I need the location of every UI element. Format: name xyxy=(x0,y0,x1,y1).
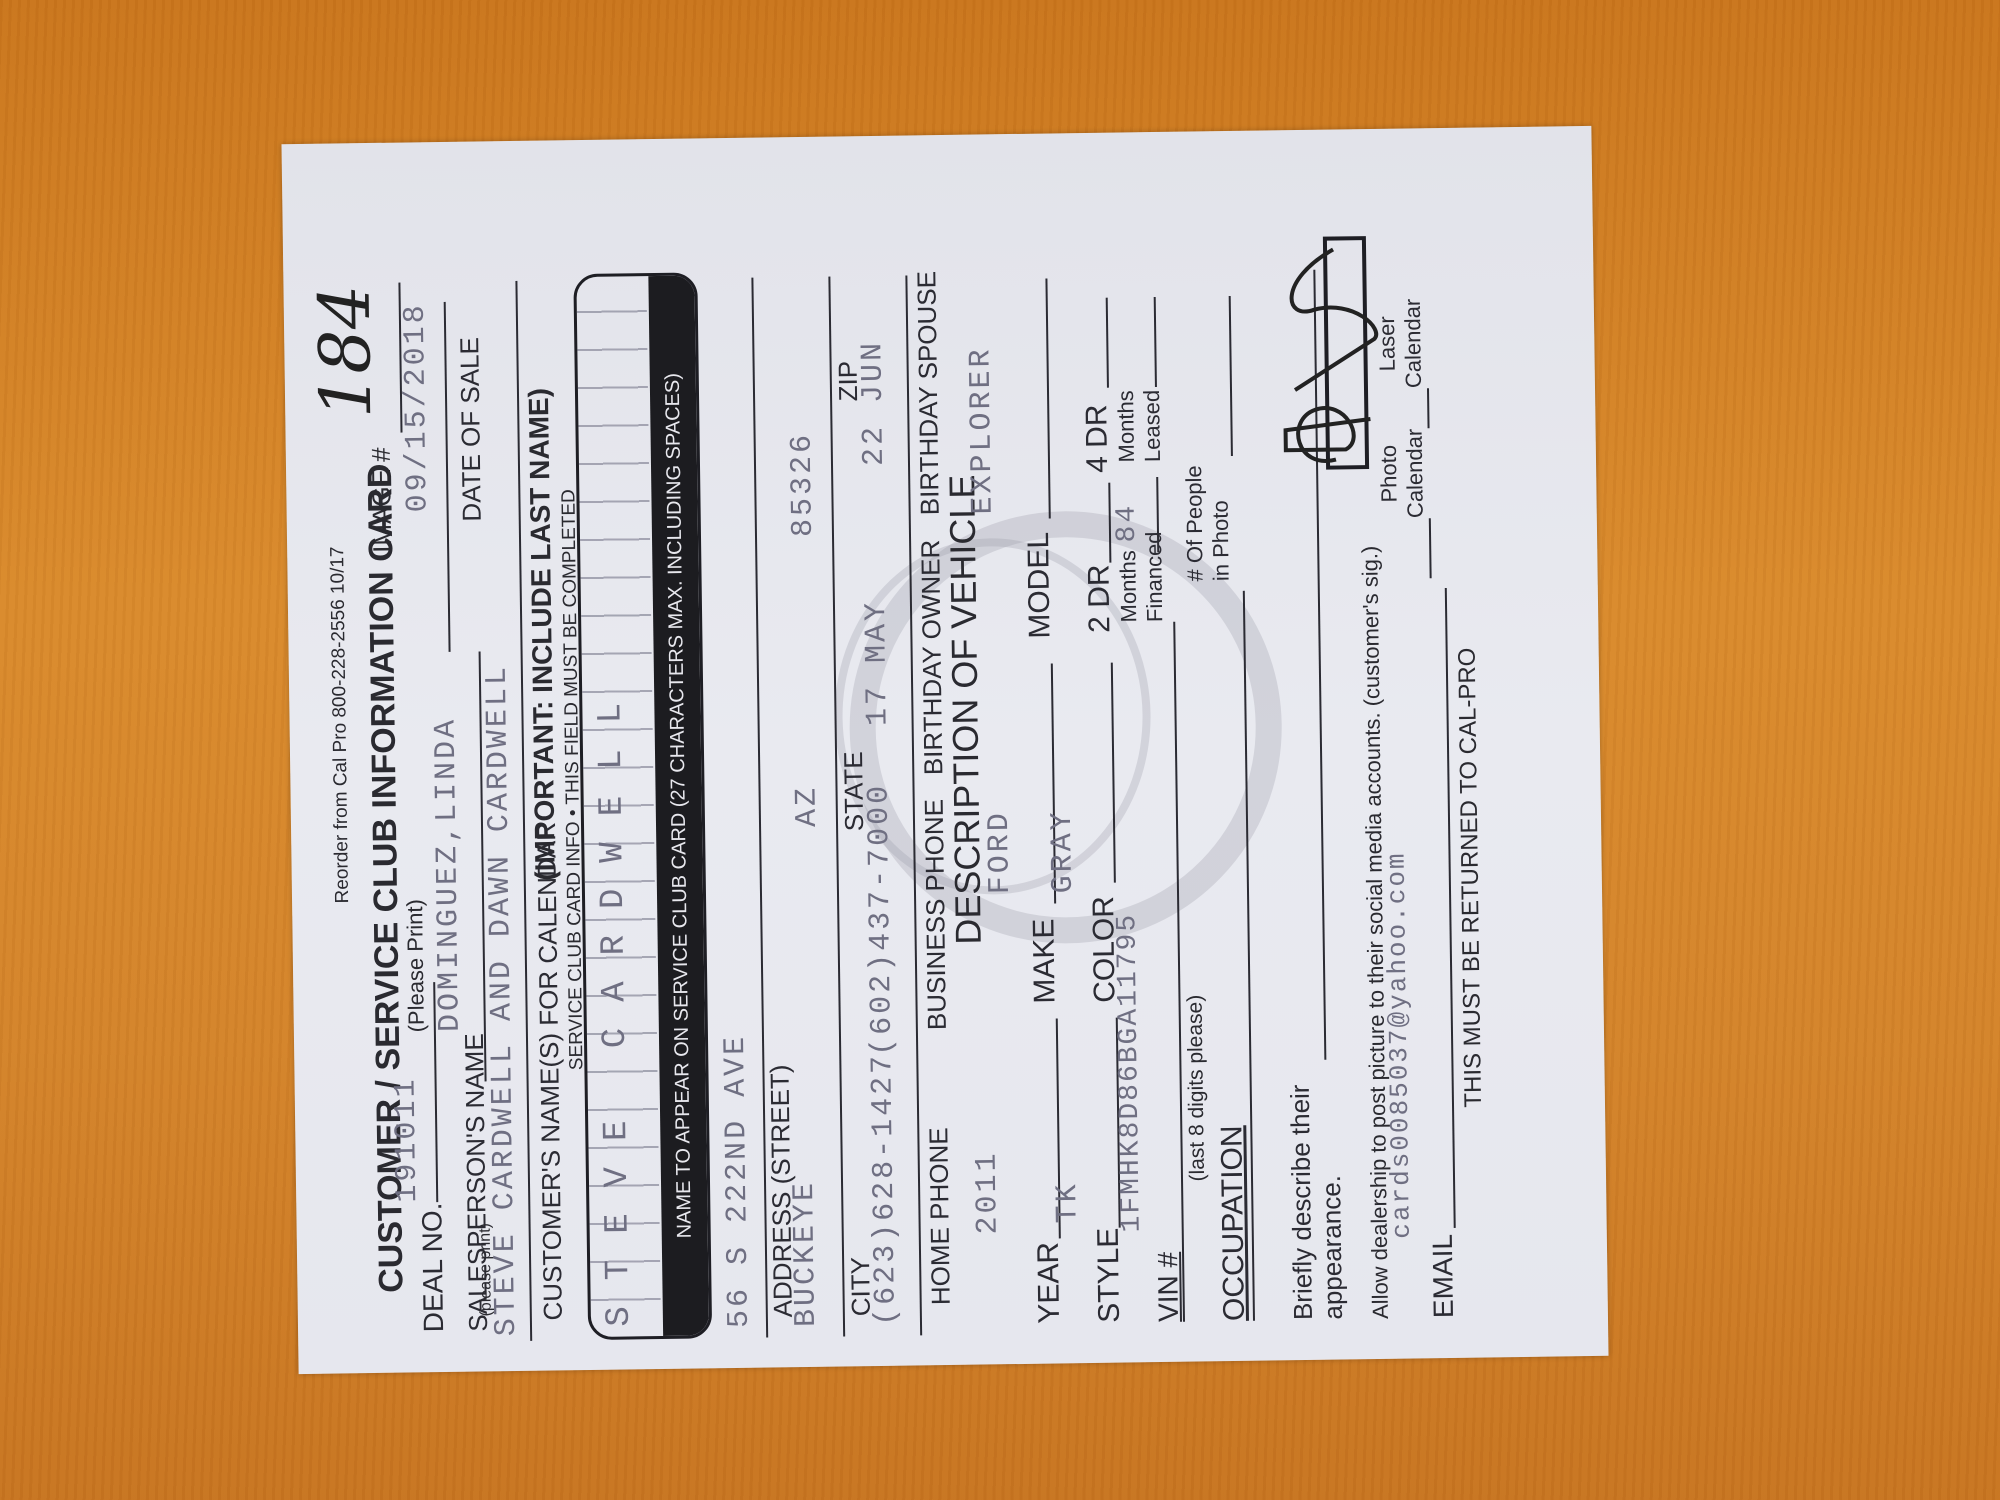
laser-calendar-field[interactable] xyxy=(1427,388,1430,428)
date-of-sale-value: 09/15/2018 xyxy=(399,302,436,512)
address-value[interactable]: 56 S 222ND AVE xyxy=(719,1034,757,1328)
zip-value[interactable]: 85326 xyxy=(786,432,821,537)
four-door-label: 4 DR xyxy=(1080,404,1115,473)
city-value[interactable]: BUCKEYE xyxy=(788,1180,824,1327)
photo-calendar-label: Photo Calendar xyxy=(1376,428,1429,519)
months-leased-label: Months Leased xyxy=(1113,392,1166,463)
image-number-label: IMAGE # xyxy=(366,447,398,553)
make-value[interactable]: FORD xyxy=(983,810,1018,894)
months-financed-label: Months Financed xyxy=(1115,552,1168,623)
vin-label: VIN # xyxy=(1152,1252,1185,1322)
business-phone-value[interactable]: (602)437-7000 xyxy=(862,783,900,1056)
customer-names-important: (IMPORTANT: INCLUDE LAST NAME) xyxy=(523,388,562,881)
year-value[interactable]: 2011 xyxy=(971,1150,1006,1234)
birthday-owner-value[interactable]: 17 MAY xyxy=(860,600,896,726)
months-leased-field[interactable] xyxy=(1154,297,1157,387)
color-value[interactable]: GRAY xyxy=(1046,809,1081,893)
model-value[interactable]: EXPLORER xyxy=(964,346,1000,514)
service-club-information-card: Reorder from Cal Pro 800-228-2556 10/17 … xyxy=(281,126,1608,1374)
email-value[interactable]: cards0085037@yahoo.com xyxy=(1381,851,1416,1239)
style-label: STYLE xyxy=(1092,1227,1127,1323)
image-number-handwritten: 184 xyxy=(303,284,387,419)
photo-calendar-field[interactable] xyxy=(1429,518,1432,578)
card-name-field[interactable]: STEVE CARDWELL NAME TO APPEAR ON SERVICE… xyxy=(573,272,712,1340)
two-door-label: 2 DR xyxy=(1082,564,1117,633)
home-phone-label: HOME PHONE xyxy=(923,1127,956,1305)
vehicle-heading: DESCRIPTION OF VEHICLE xyxy=(941,474,990,945)
make-label: MAKE xyxy=(1027,918,1062,1003)
people-in-photo-label: # Of People in Photo xyxy=(1181,451,1235,582)
date-of-sale-label: DATE OF SALE xyxy=(454,337,488,522)
months-financed-value[interactable]: 84 xyxy=(1112,503,1144,543)
people-in-photo-field[interactable] xyxy=(1229,296,1233,456)
footer-text: THIS MUST BE RETURNED TO CAL-PRO xyxy=(1454,647,1488,1107)
email-label: EMAIL xyxy=(1427,1234,1460,1318)
birthday-spouse-value[interactable]: 22 JUN xyxy=(856,340,892,466)
deal-no-value: 191011 xyxy=(390,1076,426,1202)
salesperson-value: DOMINGUEZ,LINDA xyxy=(429,717,467,1032)
vin-note: (last 8 digits please) xyxy=(1183,995,1210,1182)
model-label: MODEL xyxy=(1022,532,1057,639)
state-value[interactable]: AZ xyxy=(790,785,825,827)
deal-no-label: DEAL NO. xyxy=(416,1202,450,1332)
form-subtitle: (Please Print) xyxy=(402,899,430,1033)
appearance-label: Briefly describe their appearance. xyxy=(1284,1059,1348,1320)
vin-value[interactable]: 1FMHK8D86BGA11795 xyxy=(1112,913,1147,1233)
occupation-label: OCCUPATION xyxy=(1215,1125,1252,1321)
reorder-text: Reorder from Cal Pro 800-228-2556 10/17 xyxy=(327,546,354,903)
year-label: YEAR xyxy=(1032,1242,1067,1324)
four-door-checkbox-line[interactable] xyxy=(1106,298,1109,388)
style-value[interactable]: TK xyxy=(1051,1181,1086,1223)
laser-calendar-label: Laser Calendar xyxy=(1374,298,1427,389)
home-phone-value[interactable]: (623)628-1427 xyxy=(866,1053,904,1326)
